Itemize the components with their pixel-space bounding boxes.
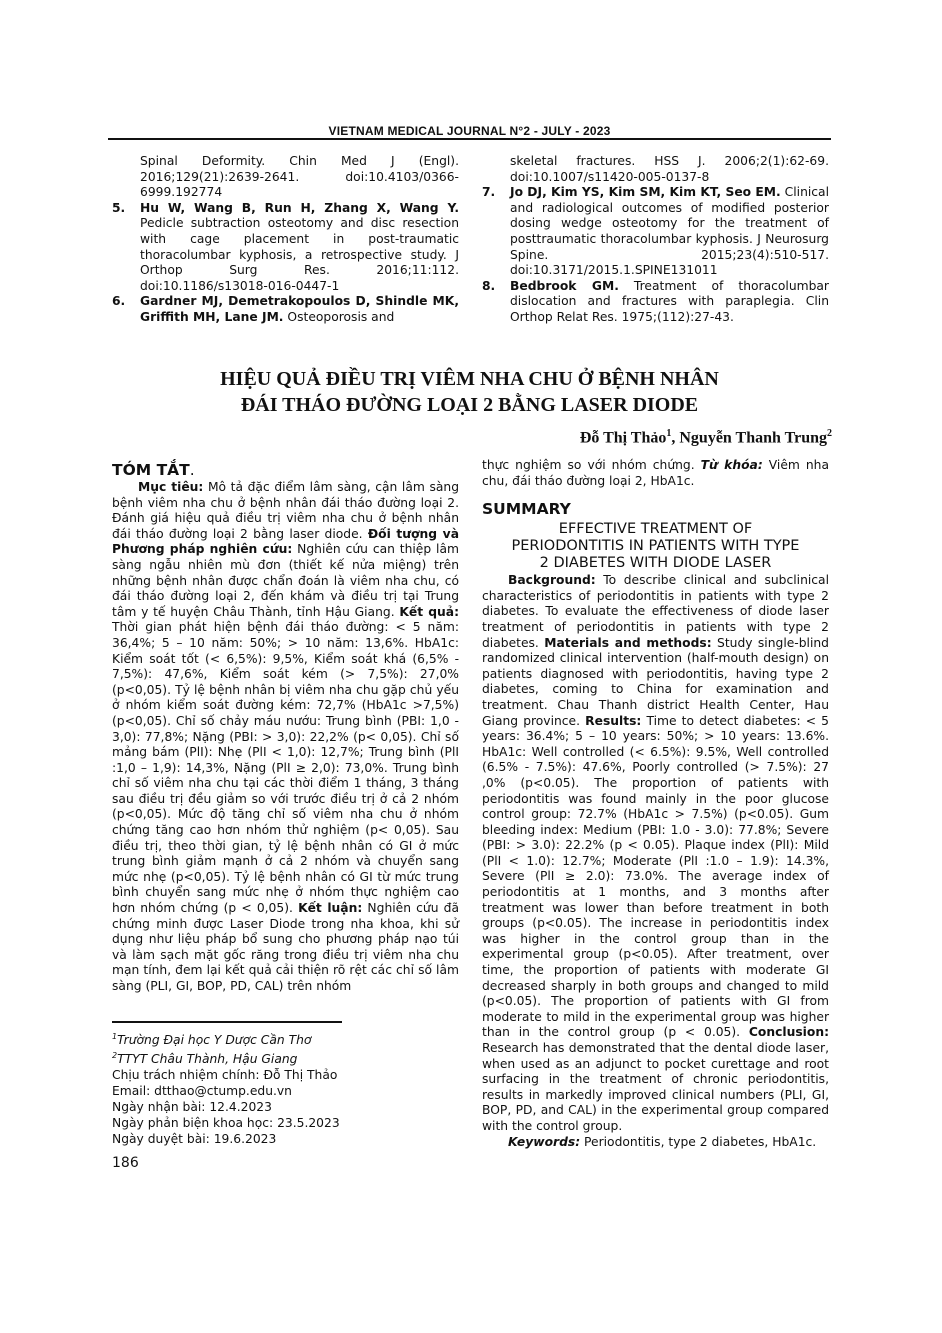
- article-title: HIỆU QUẢ ĐIỀU TRỊ VIÊM NHA CHU Ở BỆNH NH…: [108, 366, 831, 418]
- abstract-vietnamese: TÓM TẮT. Mục tiêu: Mô tả đặc điểm lâm sà…: [112, 460, 459, 995]
- author-2: Nguyễn Thanh Trung: [679, 429, 827, 446]
- abstract-heading-text: TÓM TẮT: [112, 461, 190, 479]
- email[interactable]: Email: dtthao@ctump.edu.vn: [112, 1083, 340, 1099]
- abstract-continuation: thực nghiệm so với nhóm chứng. Từ khóa: …: [482, 458, 829, 489]
- conclusion-continuation: thực nghiệm so với nhóm chứng.: [482, 458, 701, 472]
- results-text: Thời gian phát hiện bệnh đái tháo đường:…: [112, 620, 459, 915]
- reference-text: Osteoporosis and: [287, 310, 394, 324]
- reference-number: 7.: [482, 185, 495, 201]
- reference-8: 8. Bedbrook GM. Treatment of thoracolumb…: [482, 279, 829, 326]
- author-2-affiliation: 2: [827, 428, 832, 439]
- label-keywords-vi: Từ khóa:: [701, 458, 763, 472]
- affiliation-1-text: Trường Đại học Y Dược Cần Thơ: [117, 1033, 311, 1047]
- label-conclusion: Kết luận:: [298, 901, 362, 915]
- label-objective: Mục tiêu:: [138, 480, 203, 494]
- reference-number: 8.: [482, 279, 495, 295]
- abstract-body: Mục tiêu: Mô tả đặc điểm lâm sàng, cận l…: [112, 480, 459, 995]
- affiliation-2-text: TTYT Châu Thành, Hậu Giang: [117, 1052, 297, 1066]
- reference-number: 5.: [112, 201, 125, 217]
- abstract-heading-dot: .: [190, 461, 195, 479]
- references-left-column: Spinal Deformity. Chin Med J (Engl). 201…: [112, 154, 459, 326]
- reference-authors: Jo DJ, Kim YS, Kim SM, Kim KT, Seo EM.: [510, 185, 781, 199]
- summary-title-line-1: EFFECTIVE TREATMENT OF: [482, 521, 829, 538]
- title-line-1: HIỆU QUẢ ĐIỀU TRỊ VIÊM NHA CHU Ở BỆNH NH…: [108, 366, 831, 392]
- summary-body: Background: To describe clinical and sub…: [482, 573, 829, 1134]
- header-rule: [108, 138, 831, 140]
- label-results: Kết quả:: [399, 605, 459, 619]
- label-results-en: Results:: [585, 714, 641, 728]
- title-line-2: ĐÁI THÁO ĐƯỜNG LOẠI 2 BẰNG LASER DIODE: [108, 392, 831, 418]
- reference-6-continuation: skeletal fractures. HSS J. 2006;2(1):62-…: [482, 154, 829, 185]
- date-reviewed: Ngày phản biện khoa học: 23.5.2023: [112, 1115, 340, 1131]
- footnotes: 1Trường Đại học Y Dược Cần Thơ 2TTYT Châ…: [112, 1029, 340, 1147]
- label-materials-methods: Materials and methods:: [544, 636, 711, 650]
- label-conclusion-en: Conclusion:: [749, 1025, 829, 1039]
- date-accepted: Ngày duyệt bài: 19.6.2023: [112, 1131, 340, 1147]
- reference-5: 5. Hu W, Wang B, Run H, Zhang X, Wang Y.…: [112, 201, 459, 295]
- summary-column: thực nghiệm so với nhóm chứng. Từ khóa: …: [482, 458, 829, 1150]
- conclusion-text-en: Research has demonstrated that the denta…: [482, 1041, 829, 1133]
- summary-title-line-2: PERIODONTITIS IN PATIENTS WITH TYPE: [482, 538, 829, 555]
- summary-title: EFFECTIVE TREATMENT OF PERIODONTITIS IN …: [482, 521, 829, 572]
- label-keywords-en: Keywords:: [508, 1135, 580, 1149]
- reference-4-continuation: Spinal Deformity. Chin Med J (Engl). 201…: [112, 154, 459, 201]
- author-line: Đỗ Thị Thảo1, Nguyễn Thanh Trung2: [580, 428, 832, 447]
- reference-number: 6.: [112, 294, 125, 310]
- affiliation-2: 2TTYT Châu Thành, Hậu Giang: [112, 1048, 340, 1067]
- reference-authors: Hu W, Wang B, Run H, Zhang X, Wang Y.: [140, 201, 459, 215]
- keywords-en-line: Keywords: Periodontitis, type 2 diabetes…: [482, 1135, 829, 1151]
- abstract-heading: TÓM TẮT.: [112, 460, 459, 480]
- corresponding-author: Chịu trách nhiệm chính: Đỗ Thị Thảo: [112, 1067, 340, 1083]
- footnote-rule: [112, 1021, 342, 1023]
- references-right-column: skeletal fractures. HSS J. 2006;2(1):62-…: [482, 154, 829, 326]
- page-number: 186: [112, 1155, 139, 1171]
- journal-page: VIETNAM MEDICAL JOURNAL N°2 - JULY - 202…: [0, 0, 942, 1333]
- affiliation-1: 1Trường Đại học Y Dược Cần Thơ: [112, 1029, 340, 1048]
- reference-7: 7. Jo DJ, Kim YS, Kim SM, Kim KT, Seo EM…: [482, 185, 829, 279]
- reference-text: Pedicle subtraction osteotomy and disc r…: [140, 216, 459, 292]
- results-text-en: Time to detect diabetes: < 5 years: 36.4…: [482, 714, 829, 1040]
- date-received: Ngày nhận bài: 12.4.2023: [112, 1099, 340, 1115]
- keywords-en: Periodontitis, type 2 diabetes, HbA1c.: [580, 1135, 816, 1149]
- reference-authors: Bedbrook GM.: [510, 279, 619, 293]
- summary-heading: SUMMARY: [482, 499, 829, 519]
- label-background: Background:: [508, 573, 596, 587]
- running-head: VIETNAM MEDICAL JOURNAL N°2 - JULY - 202…: [108, 124, 831, 138]
- author-1: Đỗ Thị Thảo: [580, 429, 667, 446]
- summary-title-line-3: 2 DIABETES WITH DIODE LASER: [482, 555, 829, 572]
- reference-6: 6. Gardner MJ, Demetrakopoulos D, Shindl…: [112, 294, 459, 325]
